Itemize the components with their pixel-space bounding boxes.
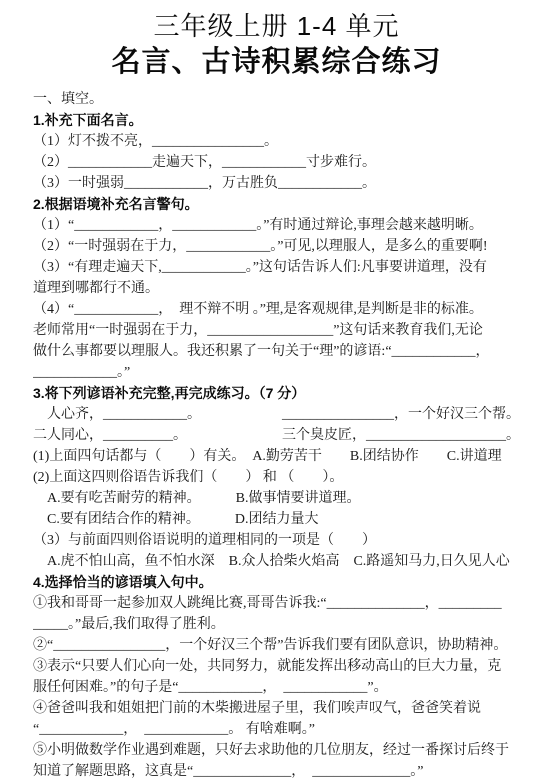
worksheet-page: 三年级上册 1-4 单元 名言、古诗积累综合练习 一、填空。 1.补充下面名言。… (0, 0, 548, 784)
q4-item-5-continuation: 知道了解题思路，这真是“______________， ____________… (33, 761, 520, 782)
q3-sub-3-options: A.虎不怕山高，鱼不怕水深 B.众人拾柴火焰高 C.路遥知马力,日久见人心 (33, 551, 520, 572)
q4-item-3: ③表示“只要人们心向一处，共同努力，就能发挥出移动高山的巨大力量，克 (33, 656, 520, 677)
proverb-left-1: 人心齐，____________。 (33, 404, 201, 425)
proverb-right-1: ________________，一个好汉三个帮。 (282, 404, 520, 425)
proverb-right-2: 三个臭皮匠，____________________。 (282, 425, 520, 446)
q4-item-2: ②“________________，一个好汉三个帮”告诉我们要有团队意识，协助… (33, 635, 520, 656)
q4-item-1: ①我和哥哥一起参加双人跳绳比赛,哥哥告诉我:“______________，__… (33, 593, 520, 614)
q4-item-4: ④爸爸叫我和姐姐把门前的木柴搬进屋子里，我们唉声叹气，爸爸笑着说 (33, 698, 520, 719)
q1-item-2: （2）____________走遍天下，____________寸步难行。 (33, 152, 520, 173)
q1-item-3: （3）一时强弱____________，万古胜负____________。 (33, 173, 520, 194)
doc-header: 三年级上册 1-4 单元 名言、古诗积累综合练习 (33, 8, 520, 80)
q4-item-3-continuation: 服任何困难。”的句子是“____________， ____________”。 (33, 677, 520, 698)
q2-item-4-continuation-1: 老师常用“一时强弱在于力，__________________”这句话来教育我们… (33, 320, 520, 341)
q1-heading: 1.补充下面名言。 (33, 110, 520, 131)
doc-title-line1: 三年级上册 1-4 单元 (33, 8, 520, 44)
section-1-heading: 一、填空。 (33, 89, 520, 110)
q3-sub-2-options-cd: C.要有团结合作的精神。 D.团结力量大 (33, 509, 520, 530)
proverb-left-2: 二人同心，__________。 (33, 425, 187, 446)
q2-item-3-continuation: 道理到哪都行不通。 (33, 278, 520, 299)
q2-item-4: （4）“____________， 理不辩不明 。”理,是客观规律,是判断是非的… (33, 299, 520, 320)
q3-heading: 3.将下列谚语补充完整,再完成练习。（7 分） (33, 383, 520, 404)
doc-title-line2: 名言、古诗积累综合练习 (33, 44, 520, 80)
q4-item-5: ⑤小明做数学作业遇到难题，只好去求助他的几位朋友，经过一番探讨后终于 (33, 740, 520, 761)
q4-item-1-continuation: _____。”最后,我们取得了胜利。 (33, 614, 520, 635)
q2-item-1: （1）“____________，____________。”有时通过辩论,事理… (33, 215, 520, 236)
q3-sub-3: （3）与前面四则俗语说明的道理相同的一项是（ ） (33, 530, 520, 551)
q3-sub-2: (2)上面这四则俗语告诉我们（ ） 和 （ ）。 (33, 467, 520, 488)
q4-heading: 4.选择恰当的谚语填入句中。 (33, 572, 520, 593)
q2-item-3: （3）“有理走遍天下,____________。”这句话告诉人们:凡事要讲道理，… (33, 257, 520, 278)
q2-heading: 2.根据语境补充名言警句。 (33, 194, 520, 215)
q3-sub-2-options-ab: A.要有吃苦耐劳的精神。 B.做事情要讲道理。 (33, 488, 520, 509)
q4-item-4-continuation: “____________， ____________。 有啥难啊。” (33, 719, 520, 740)
proverb-pair-row-2: 二人同心，__________。 三个臭皮匠，_________________… (33, 425, 520, 446)
q2-item-2: （2）“一时强弱在于力，____________。”可见,以理服人，是多么的重要… (33, 236, 520, 257)
q2-item-4-continuation-2: 做什么事都要以理服人。我还积累了一句关于“理”的谚语:“____________… (33, 341, 520, 362)
doc-body: 一、填空。 1.补充下面名言。 （1）灯不拨不亮，_______________… (33, 89, 520, 782)
q1-item-1: （1）灯不拨不亮，________________。 (33, 131, 520, 152)
proverb-pair-row-1: 人心齐，____________。 ________________，一个好汉三… (33, 404, 520, 425)
q2-item-4-continuation-3: ____________。” (33, 362, 520, 383)
q3-sub-1: (1)上面四句话都与（ ）有关。 A.勤劳苦干 B.团结协作 C.讲道理 (33, 446, 520, 467)
